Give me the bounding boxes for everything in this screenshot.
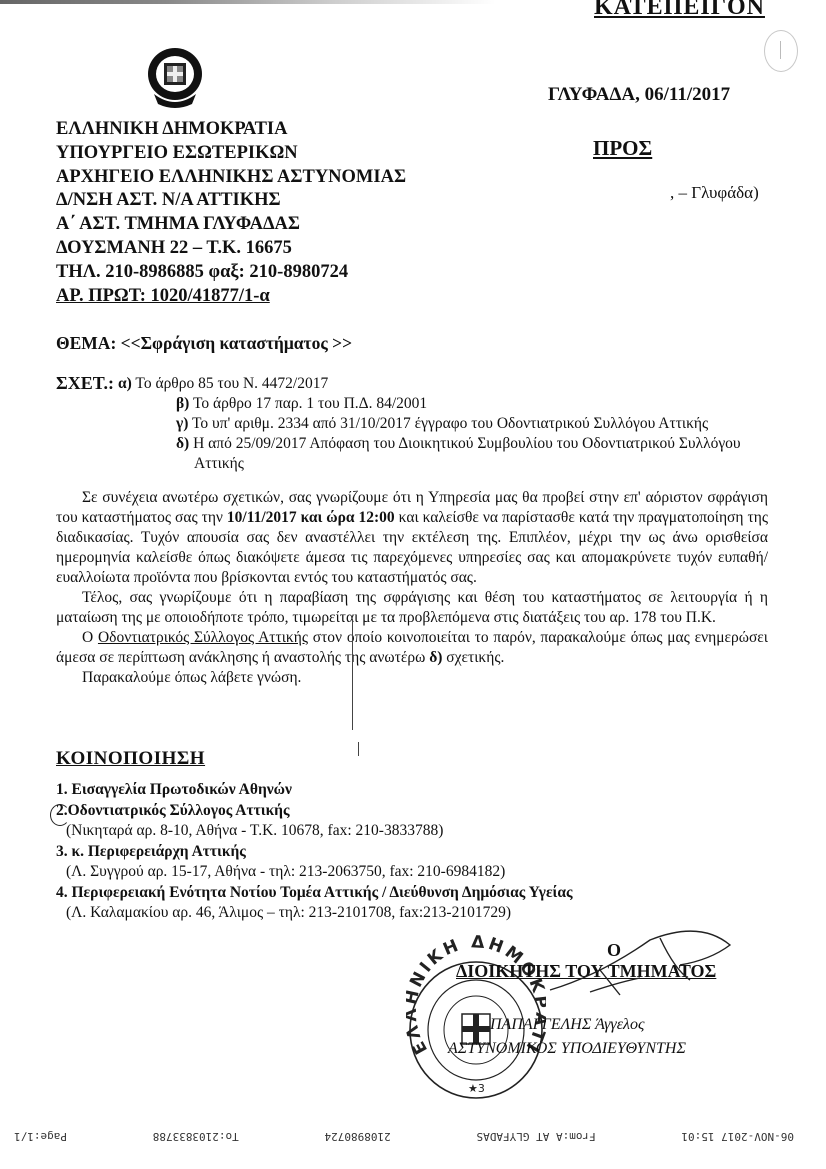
reference-item: δ) Η από 25/09/2017 Απόφαση του Διοικητι… xyxy=(176,434,741,454)
recipient: , – Γλυφάδα) xyxy=(670,183,759,203)
body-paragraph: Σε συνέχεια ανωτέρω σχετικών, σας γνωρίζ… xyxy=(56,488,768,588)
reference-text: Το υπ' αριθμ. 2334 από 31/10/2017 έγγραφ… xyxy=(192,415,708,432)
cc-item: 1. Εισαγγελία Πρωτοδικών Αθηνών xyxy=(56,780,573,801)
cc-address: (Λ. Καλαμακίου αρ. 46, Άλιμος – τηλ: 213… xyxy=(56,903,573,924)
reference-key: α) xyxy=(118,375,132,392)
fax-from: From:A AT GLYFADAS xyxy=(476,1130,595,1143)
signatory-name: ΠΑΠΑΓΓΕΛΗΣ Άγγελος xyxy=(490,1016,644,1034)
fax-to: To:2103833788 xyxy=(153,1130,239,1143)
reference-key: β) xyxy=(176,395,189,412)
header-line: ΔΟΥΣΜΑΝΗ 22 – Τ.Κ. 16675 xyxy=(56,237,406,261)
references-label: ΣΧΕΤ.: xyxy=(56,373,114,393)
fax-page: Page:1/1 xyxy=(14,1130,67,1143)
hellenic-police-emblem-icon xyxy=(140,44,210,110)
body-text: σχετικής. xyxy=(442,649,504,666)
sealing-time: και ώρα 12:00 xyxy=(297,509,395,526)
subject: ΘΕΜΑ: <<Σφράγιση καταστήματος >> xyxy=(56,333,352,354)
handwritten-page-number-mark xyxy=(764,30,798,72)
body-paragraph: Τέλος, σας γνωρίζουμε ότι η παραβίαση τη… xyxy=(56,588,768,628)
signatory-rank: ΑΣΤΥΝΟΜΙΚΟΣ ΥΠΟΔΙΕΥΘΥΝΤΗΣ xyxy=(448,1040,686,1058)
handwritten-signature-icon xyxy=(540,920,750,1010)
fax-timestamp: 06-NOV-2017 15:01 xyxy=(681,1130,794,1143)
protocol-number: ΑΡ. ΠΡΩΤ: 1020/41877/1-α xyxy=(56,285,406,309)
reference-continuation: Αττικής xyxy=(176,454,741,474)
cc-list: 1. Εισαγγελία Πρωτοδικών Αθηνών 2.Οδοντι… xyxy=(56,780,573,924)
reference-item: β) Το άρθρο 17 παρ. 1 του Π.Δ. 84/2001 xyxy=(176,394,741,414)
reference-item: α) Το άρθρο 85 του Ν. 4472/2017 xyxy=(118,374,741,394)
header-line: ΑΡΧΗΓΕΙΟ ΕΛΛΗΝΙΚΗΣ ΑΣΤΥΝΟΜΙΑΣ xyxy=(56,166,406,190)
svg-text:★3: ★3 xyxy=(468,1082,485,1095)
header-line: ΤΗΛ. 210-8986885 φαξ: 210-8980724 xyxy=(56,261,406,285)
cc-address: (Νικηταρά αρ. 8-10, Αθήνα - Τ.Κ. 10678, … xyxy=(56,821,573,842)
fax-from-number: 2108980724 xyxy=(325,1130,391,1143)
cc-address: (Λ. Συγγρού αρ. 15-17, Αθήνα - τηλ: 213-… xyxy=(56,862,573,883)
fold-line xyxy=(358,742,359,756)
urgent-label: ΚΑΤΕΠΕΙΓΟΝ xyxy=(594,0,765,21)
cc-item: 3. κ. Περιφερειάρχη Αττικής xyxy=(56,842,573,863)
reference-key: γ) xyxy=(176,415,188,432)
reference-key: δ) xyxy=(176,435,189,452)
issuer-header: ΕΛΛΗΝΙΚΗ ΔΗΜΟΚΡΑΤΙΑ ΥΠΟΥΡΓΕΙΟ ΕΣΩΤΕΡΙΚΩΝ… xyxy=(56,118,406,308)
to-label: ΠΡΟΣ xyxy=(593,136,652,161)
cc-title: ΚΟΙΝΟΠΟΙΗΣΗ xyxy=(56,748,205,770)
body-paragraph: Ο Οδοντιατρικός Σύλλογος Αττικής στον οπ… xyxy=(56,628,768,668)
body-text: Ο xyxy=(82,629,98,646)
references: ΣΧΕΤ.: α) Το άρθρο 85 του Ν. 4472/2017 β… xyxy=(56,374,741,474)
body-paragraph: Παρακαλούμε όπως λάβετε γνώση. xyxy=(56,668,768,688)
reference-item: γ) Το υπ' αριθμ. 2334 από 31/10/2017 έγγ… xyxy=(176,414,741,434)
header-line: Δ/ΝΣΗ ΑΣΤ. Ν/Α ΑΤΤΙΚΗΣ xyxy=(56,189,406,213)
letter-body: Σε συνέχεια ανωτέρω σχετικών, σας γνωρίζ… xyxy=(56,488,768,688)
reference-text: Η από 25/09/2017 Απόφαση του Διοικητικού… xyxy=(193,435,741,452)
cc-item: 4. Περιφερειακή Ενότητα Νοτίου Τομέα Αττ… xyxy=(56,883,573,904)
header-line: ΥΠΟΥΡΓΕΙΟ ΕΣΩΤΕΡΙΚΩΝ xyxy=(56,142,406,166)
sealing-date: 10/11/2017 xyxy=(227,509,297,526)
header-line: ΕΛΛΗΝΙΚΗ ΔΗΜΟΚΡΑΤΙΑ xyxy=(56,118,406,142)
reference-key: δ) xyxy=(429,649,442,666)
fax-transmission-header: 06-NOV-2017 15:01 From:A AT GLYFADAS 210… xyxy=(14,1130,794,1143)
official-stamp-icon: ΕΛΛΗΝΙΚΗ ΔΗΜΟΚΡΑΤΙΑ ★3 xyxy=(406,930,546,1100)
fold-line xyxy=(352,620,353,730)
reference-text: Το άρθρο 17 παρ. 1 του Π.Δ. 84/2001 xyxy=(193,395,427,412)
reference-text: Το άρθρο 85 του Ν. 4472/2017 xyxy=(135,375,328,392)
dental-association-name: Οδοντιατρικός Σύλλογος Αττικής xyxy=(98,629,308,646)
cc-item: 2.Οδοντιατρικός Σύλλογος Αττικής xyxy=(56,801,573,822)
place-and-date: ΓΛΥΦΑΔΑ, 06/11/2017 xyxy=(548,84,730,106)
header-line: Α΄ ΑΣΤ. ΤΜΗΜΑ ΓΛΥΦΑΔΑΣ xyxy=(56,213,406,237)
